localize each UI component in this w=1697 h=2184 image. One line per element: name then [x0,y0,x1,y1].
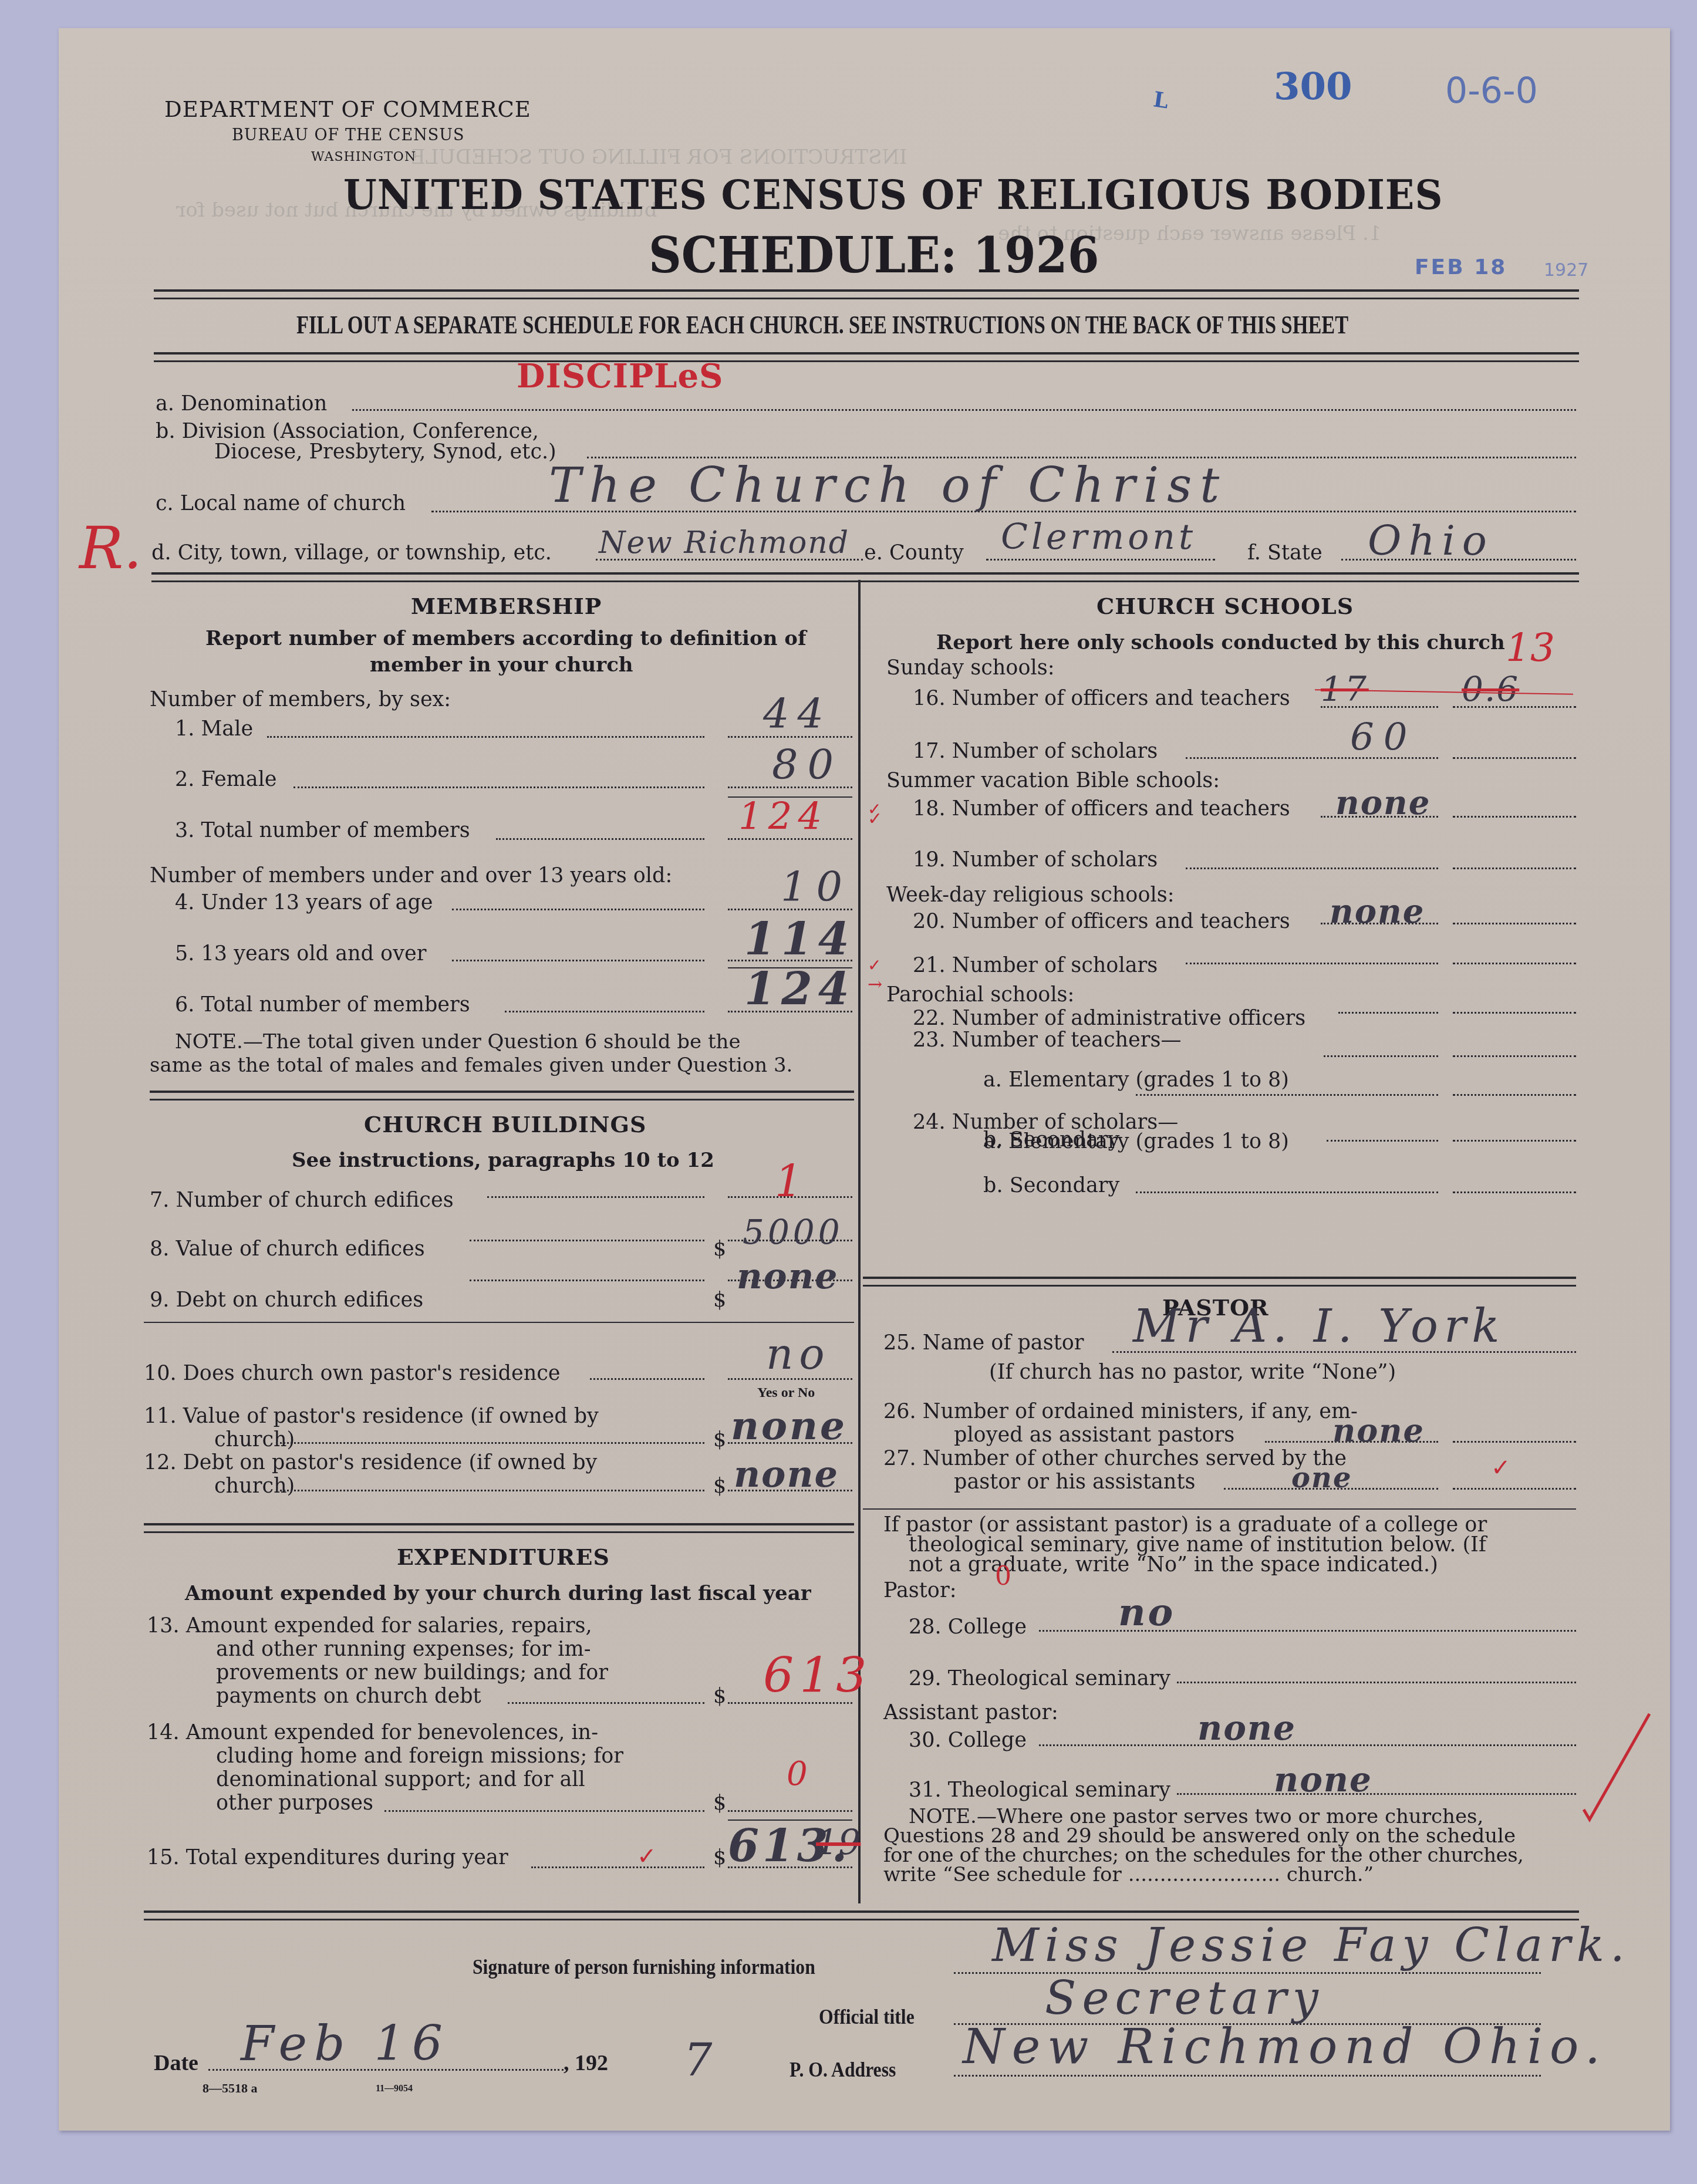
assistant-college-label: 30. College [909,1729,1027,1752]
pastor-heading: Pastor: [883,1579,956,1602]
summer-scholars-field-b[interactable] [1453,867,1576,869]
buildings-subtitle: See instructions, paragraphs 10 to 12 [292,1149,714,1172]
received-year-stamp: 1927 [1544,260,1588,281]
denomination-stamp: DISCIPLeS [517,357,724,396]
residence-debt-currency: $ [713,1474,726,1498]
weekday-scholars-field-a[interactable] [1186,963,1438,964]
scholars-elementary-label: a. Elementary (grades 1 to 8) [983,1130,1289,1153]
running-expenses-leader [508,1702,704,1704]
residence-debt-value: none [734,1453,839,1496]
margin-review-mark: R. [79,514,142,582]
scholars-secondary-field-b[interactable] [1453,1191,1576,1193]
owns-residence-value: no [766,1329,831,1379]
other-churches-label-line2: pastor or his assistants [954,1470,1195,1494]
official-title-label: Official title [819,2004,915,2029]
county-label: e. County [864,541,964,565]
yes-or-no-hint: Yes or No [757,1385,815,1401]
benevolences-line2: cluding home and foreign missions; for [216,1744,623,1768]
administrative-officers-field-a[interactable] [1338,1012,1438,1014]
administrative-officers-field-b[interactable] [1453,1012,1576,1014]
assistant-ministers-label-line2: ployed as assistant pastors [954,1423,1234,1447]
identification-double-rule [151,572,1579,582]
received-date-stamp: FEB 18 [1415,255,1507,279]
running-expenses-line1: 13. Amount expended for salaries, repair… [147,1614,592,1638]
schools-title: CHURCH SCHOOLS [1097,593,1354,619]
administrative-officers-label: 22. Number of administrative officers [913,1007,1305,1030]
pastor-college-label: 28. College [909,1615,1027,1639]
edifices-value-value: 5000 [743,1212,844,1252]
total-expenditures-leader [531,1866,704,1868]
benevolences-currency: $ [713,1791,726,1815]
parochial-arrow-icon: → [868,974,882,995]
residence-value-leader [276,1442,704,1444]
print-number: 11—9054 [376,2084,413,2094]
denomination-label: a. Denomination [156,392,327,416]
total-members-age-label: 6. Total number of members [175,993,470,1017]
summer-scholars-field-a[interactable] [1186,867,1438,869]
total-members-age-leader [505,1011,704,1012]
residence-debt-label-line1: 12. Debt on pastor's residence (if owned… [144,1451,597,1474]
assistant-ministers-label-line1: 26. Number of ordained ministers, if any… [883,1400,1358,1423]
running-expenses-line3: provements or new buildings; and for [216,1661,608,1685]
other-churches-value: one [1291,1461,1352,1494]
city-label: WASHINGTON [311,150,416,164]
official-title-value: Secretary [1045,1972,1324,2025]
county-value: Clermont [1001,517,1196,558]
buildings-separator [144,1322,854,1323]
other-churches-label-line1: 27. Number of other churches served by t… [883,1447,1347,1470]
pastor-name-hint: (If church has no pastor, write “None”) [989,1361,1396,1384]
expenditures-subtitle: Amount expended by your church during la… [185,1582,811,1605]
pastor-seminary-label: 29. Theological seminary [909,1667,1170,1690]
pastor-name-value: Mr A. I. York [1133,1300,1506,1353]
over-13-leader [452,960,704,961]
date-value: Feb 16 [241,2016,450,2072]
county-field[interactable] [986,559,1215,561]
summer-teachers-value: none [1335,784,1431,822]
po-address-value: New Richmond Ohio. [963,2019,1607,2075]
benevolences-leader [384,1810,704,1812]
department-label: DEPARTMENT OF COMMERCE [164,97,531,122]
po-address-field[interactable] [954,2075,1541,2077]
membership-subtitle-line2: member in your church [370,653,633,677]
residence-value-currency: $ [713,1428,726,1452]
teachers-elementary-field-a[interactable] [1324,1055,1438,1057]
edifices-count-value: 1 [775,1156,802,1207]
owns-residence-label: 10. Does church own pastor's residence [144,1362,561,1385]
weekday-teachers-field-b[interactable] [1453,923,1576,924]
by-age-heading: Number of members under and over 13 year… [150,864,672,887]
summer-check-mark-icon: ✓ [868,799,881,819]
other-churches-check-icon: ✓ [1491,1454,1511,1481]
pastor-seminary-field[interactable] [1177,1682,1576,1683]
summer-teachers-field-b[interactable] [1453,816,1576,818]
summer-schools-heading: Summer vacation Bible schools: [886,769,1220,792]
bureau-label: BUREAU OF THE CENSUS [232,126,465,144]
date-label: Date [154,2050,198,2076]
form-number: 8—5518 a [203,2081,258,2096]
expenditures-title: EXPENDITURES [397,1544,610,1570]
total-members-age-value: 124 [744,963,855,1015]
weekday-schools-heading: Week-day religious schools: [886,883,1174,907]
local-name-value: The Church of Christ [549,458,1227,514]
signature-value: Miss Jessie Fay Clark. [992,1919,1631,1972]
total-expenditures-currency: $ [713,1846,726,1869]
instruction-banner: FILL OUT A SEPARATE SCHEDULE FOR EACH CH… [296,310,1348,340]
pastor-college-value: no [1118,1591,1175,1635]
summer-scholars-label: 19. Number of scholars [913,848,1158,872]
total-expenditures-struck-cents: 19 [816,1822,861,1864]
edifices-debt-leader [470,1280,704,1281]
residence-value-value: none [731,1403,847,1449]
total-expenditures-label: 15. Total expenditures during year [147,1846,508,1869]
assistant-seminary-value: none [1274,1760,1372,1800]
schools-subtitle: Report here only schools conducted by th… [936,631,1505,654]
male-leader [267,736,704,738]
signature-label: Signature of person furnishing informati… [473,1955,815,1979]
pastor-name-label: 25. Name of pastor [883,1331,1084,1355]
benevolences-line3: denominational support; and for all [216,1768,585,1791]
membership-note-line1: NOTE.—The total given under Question 6 s… [175,1030,741,1054]
teachers-secondary-field-a[interactable] [1136,1094,1438,1096]
edifices-debt-label: 9. Debt on church edifices [150,1288,423,1312]
edifices-value-label: 8. Value of church edifices [150,1237,425,1261]
benevolences-line1: 14. Amount expended for benevolences, in… [147,1721,598,1744]
sunday-teachers-label: 16. Number of officers and teachers [913,687,1290,710]
sunday-scholars-label: 17. Number of scholars [913,740,1158,763]
scholars-secondary-label: b. Secondary [983,1174,1119,1197]
assistant-seminary-field[interactable] [1177,1793,1576,1795]
parochial-schools-heading: Parochial schools: [886,983,1074,1007]
edifices-debt-value: none [737,1256,838,1297]
assistant-college-value: none [1197,1708,1296,1748]
under-13-label: 4. Under 13 years of age [175,891,433,914]
edifices-value-currency: $ [713,1237,726,1261]
buildings-double-rule [144,1523,854,1533]
margin-check-icon [1573,1711,1667,1828]
sunday-teachers-value-b: 0.6 [1462,669,1519,709]
bleed-through-text: INSTRUCTIONS FOR FILLING OUT SCHEDULE [411,141,907,174]
benevolences-field[interactable] [728,1810,852,1812]
other-churches-field-b[interactable] [1453,1488,1576,1490]
total-members-value: 124 [738,795,828,839]
membership-note-line2: same as the total of males and females g… [150,1054,792,1077]
instruction-double-rule [154,352,1579,362]
edifices-count-leader [487,1196,704,1198]
female-leader [293,786,704,788]
assistant-seminary-label: 31. Theological seminary [909,1778,1170,1802]
teachers-elementary-label: a. Elementary (grades 1 to 8) [983,1068,1289,1092]
membership-title: MEMBERSHIP [411,593,602,619]
denomination-field[interactable] [352,409,1576,411]
edifices-count-label: 7. Number of church edifices [150,1189,454,1212]
year-value: 7 [684,2034,712,2086]
pastor-red-mark: 0 [995,1561,1011,1591]
teachers-elementary-field-b[interactable] [1453,1055,1576,1057]
schedule-title: SCHEDULE: 1926 [649,226,1099,284]
weekday-teachers-value: none [1330,892,1425,931]
summer-teachers-label: 18. Number of officers and teachers [913,797,1290,821]
local-name-label: c. Local name of church [156,492,406,515]
under-13-value: 10 [781,863,852,911]
pastor-separator [863,1508,1576,1510]
owns-residence-leader [590,1378,704,1380]
benevolences-line4: other purposes [216,1791,373,1815]
running-expenses-value: 613 [763,1648,873,1704]
sunday-schools-heading: Sunday schools: [886,656,1054,680]
po-address-label: P. O. Address [790,2057,896,2082]
buildings-title: CHURCH BUILDINGS [364,1111,646,1137]
header-double-rule [154,289,1579,299]
scholars-secondary-field-a[interactable] [1136,1191,1438,1193]
membership-double-rule [150,1091,854,1101]
city-value: New Richmond [599,525,849,561]
weekday-scholars-field-b[interactable] [1453,963,1576,964]
running-expenses-currency: $ [713,1685,726,1708]
assistant-ministers-field-b[interactable] [1453,1441,1576,1443]
female-label: 2. Female [175,768,277,791]
total-members-leader [496,838,704,840]
pastor-note-line4: write “See schedule for ................… [883,1863,1374,1886]
year-prefix: , 192 [564,2050,608,2076]
assistant-ministers-value: none [1332,1412,1425,1449]
weekday-teachers-label: 20. Number of officers and teachers [913,910,1290,933]
male-label: 1. Male [175,717,253,741]
weekday-check-mark-icon: ✓ [868,956,881,975]
edifices-debt-currency: $ [713,1288,726,1312]
assistant-pastor-heading: Assistant pastor: [883,1701,1058,1724]
sunday-scholars-field-b[interactable] [1453,757,1576,759]
running-expenses-line4: payments on church debt [216,1685,481,1708]
weekday-scholars-label: 21. Number of scholars [913,954,1158,977]
residence-debt-leader [276,1490,704,1491]
by-sex-heading: Number of members, by sex: [150,688,451,711]
schools-double-rule [863,1277,1576,1287]
stamp-number: 300 [1274,65,1352,109]
over-13-value: 114 [744,913,855,965]
benevolences-value: 0 [787,1755,808,1793]
membership-subtitle-line1: Report number of members according to de… [205,627,807,650]
over-13-label: 5. 13 years old and over [175,942,426,966]
under-13-leader [452,909,704,910]
graduate-note-line3: not a graduate, write “No” in the space … [909,1553,1438,1577]
division-label-line1: b. Division (Association, Conference, [156,420,539,443]
teachers-heading: 23. Number of teachers— [913,1028,1181,1052]
scholars-elementary-field-b[interactable] [1453,1140,1576,1142]
state-label: f. State [1247,541,1322,565]
stamp-code: 0-6-0 [1445,70,1538,112]
running-expenses-line2: and other running expenses; for im- [216,1638,591,1661]
schools-annotation: 13 [1506,625,1555,670]
female-value: 80 [772,741,843,789]
city-label: d. City, town, village, or township, etc… [151,541,552,565]
assistant-college-field[interactable] [1039,1744,1576,1746]
form-title: UNITED STATES CENSUS OF RELIGIOUS BODIES [343,170,1443,219]
scholars-elementary-field-a[interactable] [1327,1140,1438,1142]
teachers-secondary-field-b[interactable] [1453,1094,1576,1096]
column-divider [858,580,861,1903]
sunday-scholars-value: 60 [1350,716,1416,759]
total-members-label: 3. Total number of members [175,819,470,842]
state-value: Ohio [1368,517,1494,565]
edifices-value-leader [470,1240,704,1241]
residence-debt-label-line2: church) [214,1474,295,1498]
residence-value-label-line1: 11. Value of pastor's residence (if owne… [144,1405,599,1428]
division-label-line2: Diocese, Presbytery, Synod, etc.) [214,440,556,464]
male-value: 44 [763,690,832,738]
residence-value-label-line2: church) [214,1428,295,1452]
